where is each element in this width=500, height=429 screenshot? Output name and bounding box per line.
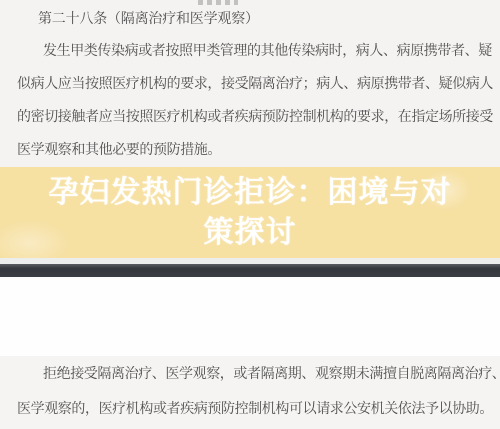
legal-text-line: 拒绝接受隔离治疗、医学观察，或者隔离期、观察期未满擅自脱离隔离治疗、 (17, 356, 487, 391)
legal-text-line: 医学观察和其他必要的预防措施。 (17, 133, 487, 166)
legal-paragraph-top: 发生甲类传染病或者按照甲类管理的其他传染病时，病人、病原携带者、疑 似病人应当按… (17, 34, 487, 166)
legal-text-bottom-section: 拒绝接受隔离治疗、医学观察，或者隔离期、观察期未满擅自脱离隔离治疗、 医学观察的… (0, 356, 500, 429)
legal-text-line: 似病人应当按照医疗机构的要求，接受隔离治疗；病人、病原携带者、疑似病人 (17, 67, 487, 100)
legal-paragraph-bottom: 拒绝接受隔离治疗、医学观察，或者隔离期、观察期未满擅自脱离隔离治疗、 医学观察的… (17, 356, 487, 426)
article-title-line2: 策探讨 (204, 213, 297, 253)
legal-text-top-section: 第二十八条（隔离治疗和医学观察） 发生甲类传染病或者按照甲类管理的其他传染病时，… (0, 0, 500, 167)
legal-text-line: 发生甲类传染病或者按照甲类管理的其他传染病时，病人、病原携带者、疑 (17, 34, 487, 67)
clipped-text-artifact (198, 0, 238, 5)
article-heading: 第二十八条（隔离治疗和医学观察） (38, 8, 259, 28)
white-spacer (0, 277, 500, 356)
legal-text-line: 的密切接触者应当按照医疗机构或者疾病预防控制机构的要求，在指定场所接受 (17, 100, 487, 133)
article-title-line1: 孕妇发热门诊拒诊：困境与对 (49, 173, 452, 213)
divider-bar (0, 264, 500, 277)
article-page: 第二十八条（隔离治疗和医学观察） 发生甲类传染病或者按照甲类管理的其他传染病时，… (0, 0, 500, 429)
legal-text-line: 医学观察的，医疗机构或者疾病预防控制机构可以请求公安机关依法予以协助。 (17, 391, 487, 426)
title-banner: 孕妇发热门诊拒诊：困境与对 策探讨 (0, 167, 500, 258)
